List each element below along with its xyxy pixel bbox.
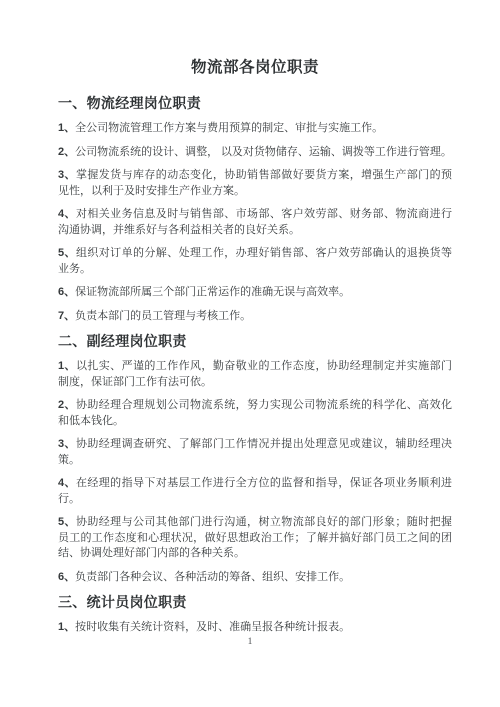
text-line: 5、组织对订单的分解、处理工作，办理好销售部、客户效劳部确认的退换货等 <box>58 246 452 262</box>
item-number: 6、 <box>58 571 75 583</box>
duty-item: 2、协助经理合理规划公司物流系统，努力实现公司物流系统的科学化、高效化和低本钱化… <box>58 398 452 429</box>
text-line: 5、协助经理与公司其他部门进行沟通，树立物流部良好的部门形象；随时把握 <box>58 515 452 531</box>
text-line: 沟通协调，并维系好与各利益相关者的良好关系。 <box>58 223 452 239</box>
duty-item: 6、负责部门各种会议、各种活动的筹备、组织、安排工作。 <box>58 570 452 586</box>
item-number: 7、 <box>58 310 75 322</box>
text-line: 策。 <box>58 453 452 469</box>
document-section-2: 二、副经理岗位职责1、以扎实、严谨的工作作风，勤奋敬业的工作态度，协助经理制定并… <box>58 332 452 585</box>
text-line: 结、协调处理好部门内部的各种关系。 <box>58 546 452 562</box>
text-line: 1、以扎实、严谨的工作作风，勤奋敬业的工作态度，协助经理制定并实施部门 <box>58 359 452 375</box>
item-number: 4、 <box>58 208 76 220</box>
text-line: 6、负责部门各种会议、各种活动的筹备、组织、安排工作。 <box>58 570 452 586</box>
duty-item: 3、协助经理调查研究、了解部门工作情况并提出处理意见或建议，辅助经理决策。 <box>58 437 452 468</box>
duty-item: 1、全公司物流管理工作方案与费用预算的制定、审批与实施工作。 <box>58 121 452 137</box>
item-number: 5、 <box>58 247 76 259</box>
page-number: 1 <box>0 637 500 647</box>
section-heading: 三、统计员岗位职责 <box>58 593 452 611</box>
item-number: 2、 <box>58 399 76 411</box>
section-heading: 一、物流经理岗位职责 <box>58 94 452 112</box>
text-line: 制度，保证部门工作有法可依。 <box>58 375 452 391</box>
duty-item: 1、按时收集有关统计资料，及时、准确呈报各种统计报表。 <box>58 620 452 636</box>
item-number: 4、 <box>58 477 76 489</box>
duty-item: 6、保证物流部所属三个部门正常运作的准确无误与高效率。 <box>58 285 452 301</box>
text-line: 1、按时收集有关统计资料，及时、准确呈报各种统计报表。 <box>58 620 452 636</box>
text-line: 2、协助经理合理规划公司物流系统，努力实现公司物流系统的科学化、高效化 <box>58 398 452 414</box>
text-line: 员工的工作态度和心理状况，做好思想政治工作；了解并搞好部门员工之间的团 <box>58 531 452 547</box>
text-line: 和低本钱化。 <box>58 414 452 430</box>
document-section-3: 三、统计员岗位职责1、按时收集有关统计资料，及时、准确呈报各种统计报表。 <box>58 593 452 636</box>
duty-item: 7、负责本部门的员工管理与考核工作。 <box>58 309 452 325</box>
text-line: 2、公司物流系统的设计、调整， 以及对货物储存、运输、调拨等工作进行管理。 <box>58 145 452 161</box>
text-line: 1、全公司物流管理工作方案与费用预算的制定、审批与实施工作。 <box>58 121 452 137</box>
sections-container: 一、物流经理岗位职责1、全公司物流管理工作方案与费用预算的制定、审批与实施工作。… <box>58 94 452 636</box>
text-line: 见性，以利于及时安排生产作业方案。 <box>58 184 452 200</box>
document-content: 物流部各岗位职责 一、物流经理岗位职责1、全公司物流管理工作方案与费用预算的制定… <box>0 0 500 636</box>
text-line: 4、对相关业务信息及时与销售部、市场部、客户效劳部、财务部、物流商进行 <box>58 207 452 223</box>
duty-item: 3、掌握发货与库存的动态变化，协助销售部做好要货方案，增强生产部门的预见性，以利… <box>58 168 452 199</box>
document-page: 物流部各岗位职责 一、物流经理岗位职责1、全公司物流管理工作方案与费用预算的制定… <box>0 0 500 707</box>
document-section-1: 一、物流经理岗位职责1、全公司物流管理工作方案与费用预算的制定、审批与实施工作。… <box>58 94 452 324</box>
duty-item: 1、以扎实、严谨的工作作风，勤奋敬业的工作态度，协助经理制定并实施部门制度，保证… <box>58 359 452 390</box>
item-number: 2、 <box>58 146 75 158</box>
text-line: 行。 <box>58 492 452 508</box>
item-number: 6、 <box>58 286 75 298</box>
item-number: 5、 <box>58 516 76 528</box>
item-number: 1、 <box>58 621 75 633</box>
text-line: 7、负责本部门的员工管理与考核工作。 <box>58 309 452 325</box>
item-number: 1、 <box>58 122 75 134</box>
section-heading: 二、副经理岗位职责 <box>58 332 452 350</box>
item-number: 1、 <box>58 360 76 372</box>
text-line: 4、在经理的指导下对基层工作进行全方位的监督和指导，保证各项业务顺利进 <box>58 476 452 492</box>
text-line: 3、协助经理调查研究、了解部门工作情况并提出处理意见或建议，辅助经理决 <box>58 437 452 453</box>
item-number: 3、 <box>58 438 76 450</box>
duty-item: 4、在经理的指导下对基层工作进行全方位的监督和指导，保证各项业务顺利进行。 <box>58 476 452 507</box>
text-line: 6、保证物流部所属三个部门正常运作的准确无误与高效率。 <box>58 285 452 301</box>
item-number: 3、 <box>58 169 76 181</box>
duty-item: 2、公司物流系统的设计、调整， 以及对货物储存、运输、调拨等工作进行管理。 <box>58 145 452 161</box>
document-title: 物流部各岗位职责 <box>58 58 452 78</box>
duty-item: 4、对相关业务信息及时与销售部、市场部、客户效劳部、财务部、物流商进行沟通协调，… <box>58 207 452 238</box>
text-line: 业务。 <box>58 262 452 278</box>
text-line: 3、掌握发货与库存的动态变化，协助销售部做好要货方案，增强生产部门的预 <box>58 168 452 184</box>
duty-item: 5、组织对订单的分解、处理工作，办理好销售部、客户效劳部确认的退换货等业务。 <box>58 246 452 277</box>
duty-item: 5、协助经理与公司其他部门进行沟通，树立物流部良好的部门形象；随时把握员工的工作… <box>58 515 452 562</box>
